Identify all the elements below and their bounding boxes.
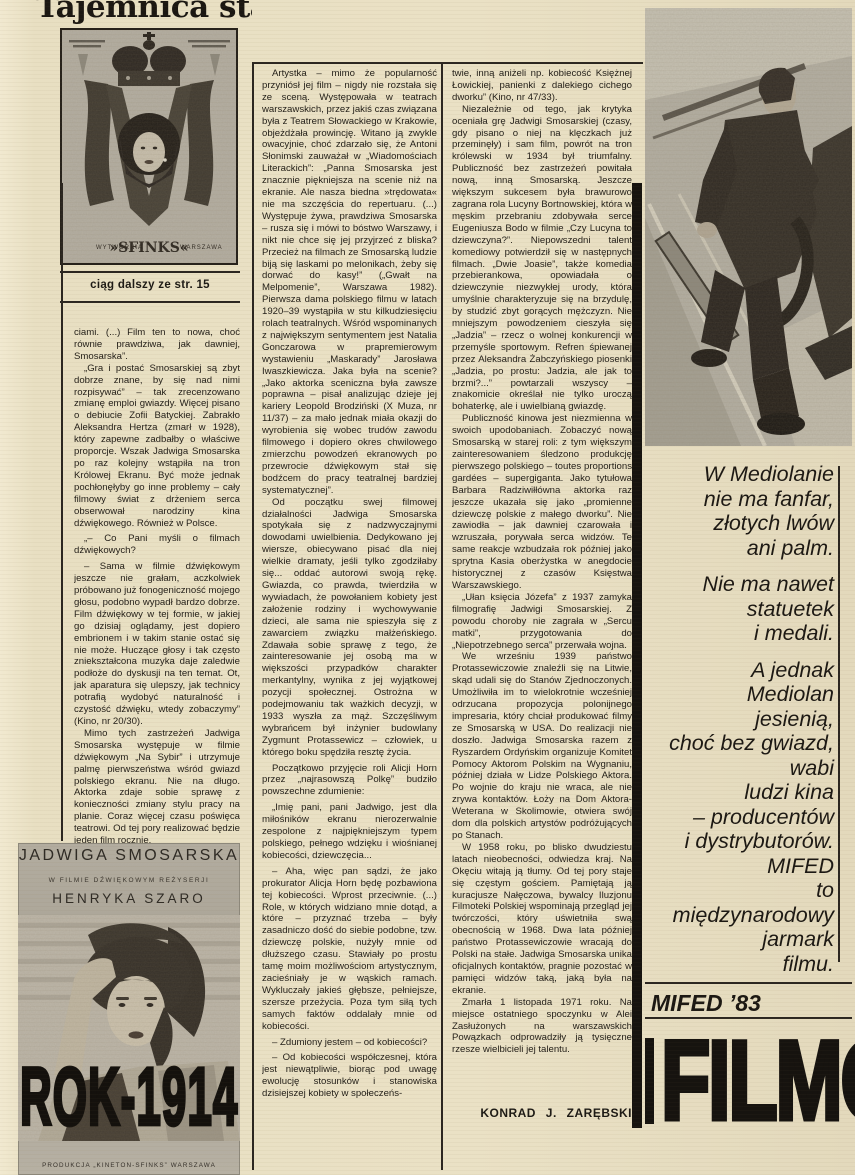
column-divider-2 — [441, 62, 443, 1170]
teaser-line: choć bez gwiazd, — [646, 731, 834, 756]
teaser-line: międzynarodowy — [646, 903, 834, 928]
teaser-line: A jednak — [646, 658, 834, 683]
man-on-stairs-illustration — [645, 8, 852, 446]
caption-rule-top — [60, 271, 240, 273]
article-top-rule — [252, 62, 643, 64]
mifed-heading: MIFED ’83 — [651, 990, 761, 1017]
rok-1914-poster: JADWIGA SMOSARSKA W FILMIE DŹWIĘKOWYM RE… — [18, 843, 240, 1175]
article-paragraph: – Aha, więc pan sądzi, że jako prokurato… — [262, 866, 437, 1033]
article-column-2: Artystka – mimo że popularność przyniósł… — [262, 68, 437, 1165]
teaser-line: statuetek — [646, 597, 834, 622]
caption-rule-bottom — [60, 301, 240, 303]
teaser-line: i medali. — [646, 621, 834, 646]
article-paragraph: Niezależnie od tego, jak krytyka oceniał… — [452, 104, 632, 414]
teaser-line: Mediolan — [646, 682, 834, 707]
sfinks-poster-headline: Tajemnica starego rodu — [36, 0, 252, 25]
cropped-letter-bar — [645, 1038, 654, 1124]
article-paragraph: „– Co Pani myśli o filmach dźwiękowych? — [74, 533, 240, 557]
teaser-line: złotych lwów — [646, 511, 834, 536]
mifed-teaser: W Mediolanie nie ma fanfar, złotych lwów… — [646, 462, 834, 976]
teaser-line: MIFED — [646, 854, 834, 879]
teaser-line: nie ma fanfar, — [646, 487, 834, 512]
article-paragraph: Początkowo przyjęcie roli Alicji Horn pr… — [262, 763, 437, 799]
filmo-headline-clip: FILMO — [645, 1038, 855, 1133]
teaser-line: ludzi kina — [646, 780, 834, 805]
article-column-3: twie, inną aniżeli np. kobiecość Księżne… — [452, 68, 632, 1100]
article-column-1: ciami. (...) Film ten to nowa, choć równ… — [74, 327, 240, 849]
film-grain-overlay — [645, 8, 852, 446]
article-paragraph: „Ułan księcia Józefa” z 1937 zamyka film… — [452, 592, 632, 652]
teaser-line: W Mediolanie — [646, 462, 834, 487]
sidebar-divider-bar — [632, 183, 642, 1128]
teaser-line: i dystrybutorów. — [646, 829, 834, 854]
teaser-line: – producentów — [646, 805, 834, 830]
left-column-rule — [61, 183, 63, 841]
teaser-side-rule — [838, 466, 840, 962]
rok-poster-director: HENRYKA SZARO — [18, 891, 240, 906]
continuation-note: ciąg dalszy ze str. 15 — [60, 279, 240, 291]
filmo-headline: FILMO — [661, 1038, 855, 1124]
article-paragraph: Publiczność kinowa jest niezmienna w swo… — [452, 413, 632, 592]
mifed-rule-top — [645, 982, 852, 984]
teaser-line: Nie ma nawet — [646, 572, 834, 597]
article-paragraph: We wrześniu 1939 państwo Protassewiczowi… — [452, 651, 632, 842]
man-on-stairs-photo — [645, 8, 852, 446]
article-paragraph: „Imię pani, pani Jadwigo, jest dla miłoś… — [262, 802, 437, 862]
author-byline: KONRAD J. ZARĘBSKI — [452, 1106, 632, 1120]
article-paragraph: twie, inną aniżeli np. kobiecość Księżne… — [452, 68, 632, 104]
teaser-line: ani palm. — [646, 536, 834, 561]
article-paragraph: – Sama w filmie dźwiękowym jeszcze nie g… — [74, 561, 240, 728]
rok-poster-title: ROK-1914 — [20, 1053, 238, 1146]
teaser-line: jarmark — [646, 927, 834, 952]
article-paragraph: ciami. (...) Film ten to nowa, choć równ… — [74, 327, 240, 363]
teaser-line: wabi — [646, 756, 834, 781]
column-divider-1 — [252, 62, 254, 1170]
article-paragraph: Artystka – mimo że popularność przyniósł… — [262, 68, 437, 497]
sfinks-poster: WYTWÓRNIA »SFINKS« WARSZAWA — [60, 28, 238, 265]
teaser-line: to — [646, 878, 834, 903]
rok-poster-production: PRODUKCJA „KINETON-SFINKS” WARSZAWA — [18, 1162, 240, 1169]
article-paragraph: Od początku swej filmowej działalności J… — [262, 497, 437, 759]
film-grain-overlay — [60, 28, 238, 265]
mifed-rule-bottom — [645, 1017, 852, 1019]
sfinks-poster-illustration: WYTWÓRNIA »SFINKS« WARSZAWA — [60, 28, 238, 265]
article-paragraph: Zmarła 1 listopada 1971 roku. Na miejsce… — [452, 997, 632, 1057]
article-paragraph: „Gra i postać Smosarskiej są zbyt dobrze… — [74, 363, 240, 530]
article-paragraph: – Od kobiecości współczesnej, która jest… — [262, 1052, 437, 1100]
article-paragraph: Mimo tych zastrzeżeń Jadwiga Smosarska w… — [74, 728, 240, 847]
teaser-line: filmu. — [646, 952, 834, 977]
article-paragraph: W 1958 roku, po blisko dwudziestu latach… — [452, 842, 632, 997]
article-paragraph: – Zdumiony jestem – od kobiecości? — [262, 1037, 437, 1049]
rok-poster-credit: W FILMIE DŹWIĘKOWYM REŻYSERJI — [18, 877, 240, 884]
rok-poster-star-name: JADWIGA SMOSARSKA — [18, 847, 240, 865]
teaser-line: jesienią, — [646, 707, 834, 732]
